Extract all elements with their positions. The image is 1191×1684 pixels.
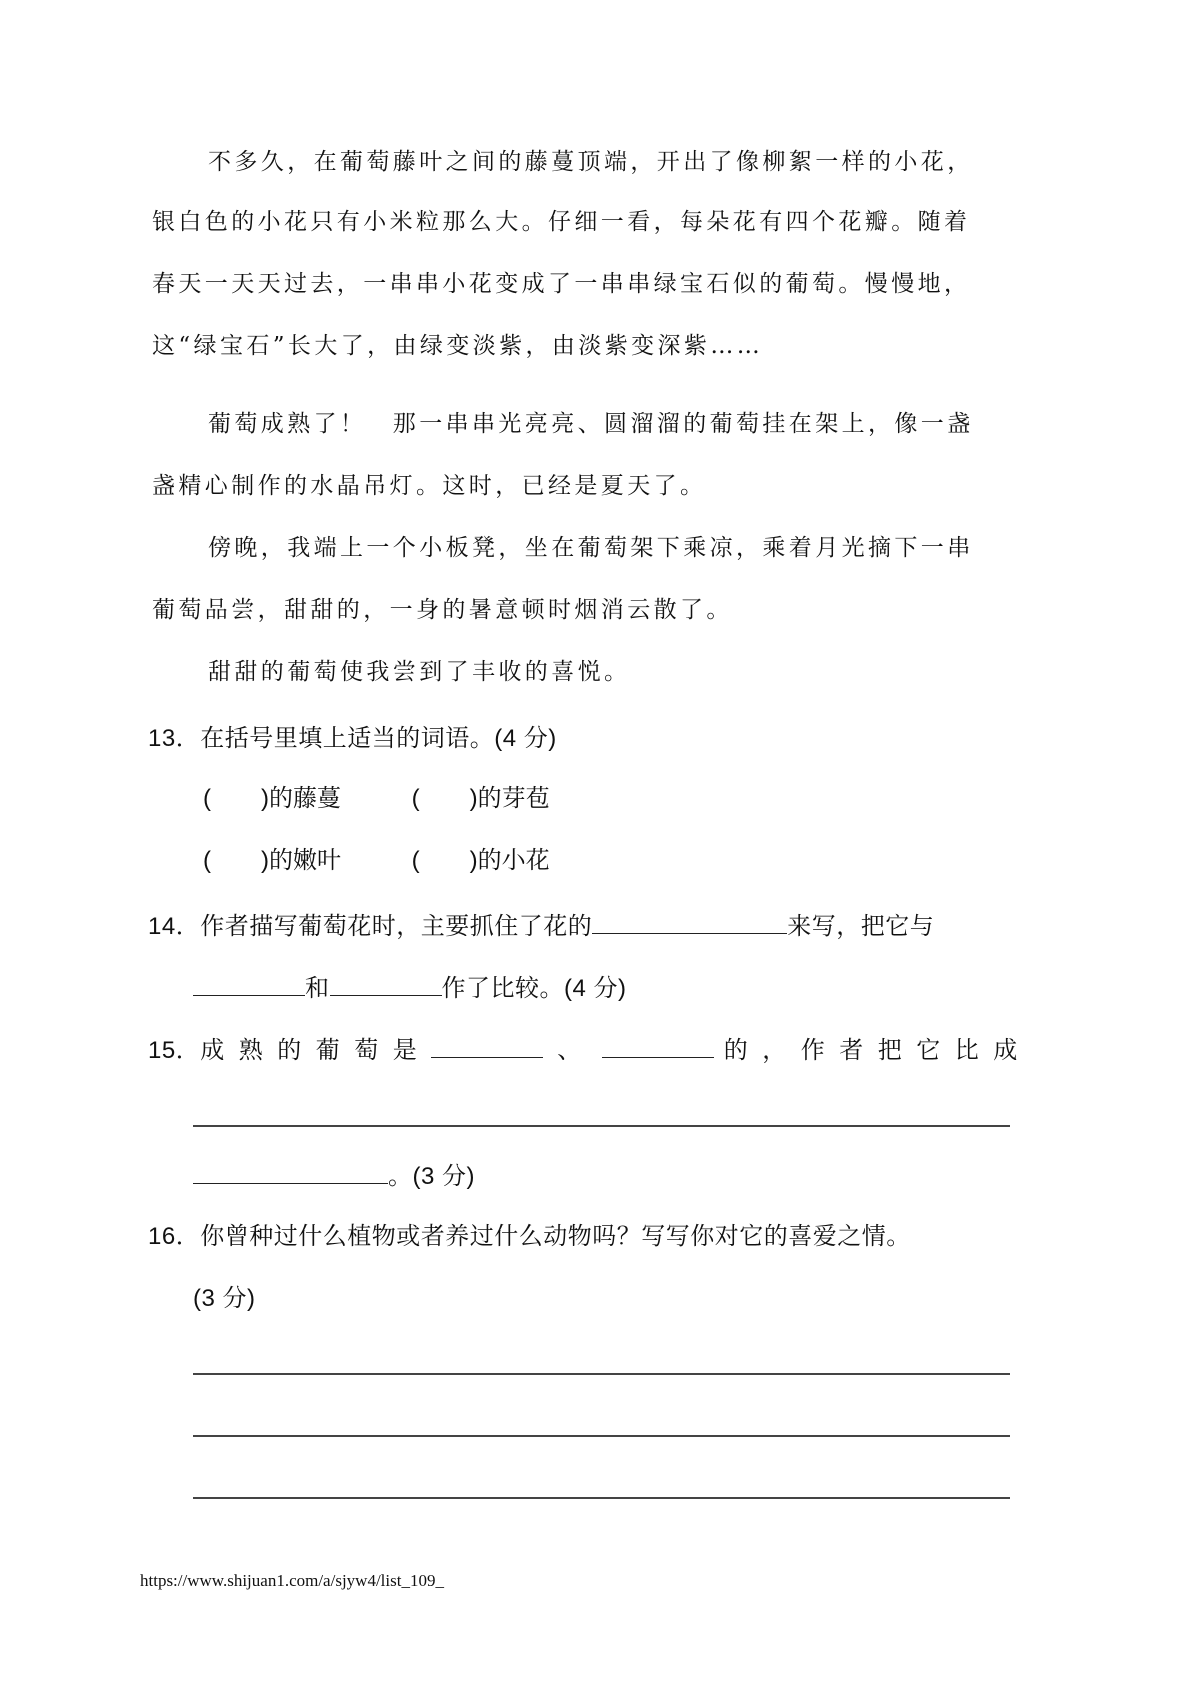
passage-p3-line1: 傍晚，我端上一个小板凳，坐在葡萄架下乘凉，乘着月光摘下一串: [208, 532, 1076, 564]
answer-blank-14-3[interactable]: [330, 971, 442, 996]
q13-word: 的小花: [478, 847, 550, 874]
question-16-text: 你曾种过什么植物或者养过什么动物吗？写写你对它的喜爱之情。: [200, 1223, 911, 1250]
question-16-score: (3 分): [193, 1283, 1061, 1315]
answer-blank-15-1[interactable]: [431, 1033, 543, 1058]
open-paren: (: [412, 847, 420, 874]
open-paren: (: [203, 785, 211, 812]
q13-item-4[interactable]: ()的小花: [412, 845, 614, 877]
question-14-line1: 14．作者描写葡萄花时，主要抓住了花的来写，把它与: [148, 909, 1016, 943]
passage-p1-line1: 不多久，在葡萄藤叶之间的藤蔓顶端，开出了像柳絮一样的小花，: [208, 146, 1076, 178]
answer-line-15-full[interactable]: [193, 1125, 1010, 1127]
question-15-line1: 15．成熟的葡萄是、的，作者把它比成: [148, 1033, 1016, 1067]
passage-p2-line1: 葡萄成熟了！ 那一串串光亮亮、圆溜溜的葡萄挂在架上，像一盏: [208, 408, 1076, 440]
question-14-text-b: 来写，把它与: [787, 913, 934, 940]
question-14-line2: 和作了比较。(4 分): [193, 971, 1061, 1005]
open-paren: (: [203, 847, 211, 874]
answer-blank-15-3[interactable]: [193, 1159, 388, 1184]
answer-blank-14-2[interactable]: [193, 971, 305, 996]
question-15-number: 15．: [148, 1037, 200, 1064]
question-13-text: 在括号里填上适当的词语。(4 分): [200, 725, 557, 752]
question-15-line3: 。(3 分): [193, 1159, 1061, 1193]
q13-word: 的藤蔓: [269, 785, 341, 812]
exam-page: 不多久，在葡萄藤叶之间的藤蔓顶端，开出了像柳絮一样的小花， 银白色的小花只有小米…: [0, 0, 1191, 1684]
q13-item-1[interactable]: ()的藤蔓: [203, 783, 405, 815]
answer-blank-14-1[interactable]: [592, 909, 787, 934]
passage-p1-line2: 银白色的小花只有小米粒那么大。仔细一看，每朵花有四个花瓣。随着: [152, 206, 1020, 238]
footer-url[interactable]: https://www.shijuan1.com/a/sjyw4/list_10…: [140, 1571, 444, 1591]
passage-p1-line4: 这“绿宝石”长大了，由绿变淡紫，由淡紫变深紫……: [152, 330, 1020, 362]
question-16-line1: 16．你曾种过什么植物或者养过什么动物吗？写写你对它的喜爱之情。: [148, 1221, 1016, 1253]
question-16-number: 16．: [148, 1223, 200, 1250]
question-14-number: 14．: [148, 913, 200, 940]
close-paren: ): [470, 847, 478, 874]
answer-blank-15-2[interactable]: [602, 1033, 714, 1058]
passage-p1-line3: 春天一天天过去，一串串小花变成了一串串绿宝石似的葡萄。慢慢地，: [152, 268, 1020, 300]
question-13: 13．在括号里填上适当的词语。(4 分): [148, 723, 1016, 755]
q13-word: 的芽苞: [478, 785, 550, 812]
question-15-text-c: 的，作者把它比成: [724, 1037, 1032, 1064]
question-14-text-a: 作者描写葡萄花时，主要抓住了花的: [200, 913, 592, 940]
question-13-row2: ()的嫩叶 ()的小花: [203, 845, 614, 877]
close-paren: ): [470, 785, 478, 812]
answer-line-16-1[interactable]: [193, 1373, 1010, 1375]
close-paren: ): [261, 847, 269, 874]
question-15-text-d: 。(3 分): [388, 1163, 475, 1190]
question-15-text-a: 成熟的葡萄是: [200, 1037, 431, 1064]
answer-line-16-2[interactable]: [193, 1435, 1010, 1437]
q13-item-3[interactable]: ()的嫩叶: [203, 845, 405, 877]
passage-p2-line2: 盏精心制作的水晶吊灯。这时，已经是夏天了。: [152, 470, 1020, 502]
passage-p3-line2: 葡萄品尝，甜甜的，一身的暑意顿时烟消云散了。: [152, 594, 1020, 626]
question-13-number: 13．: [148, 725, 200, 752]
q13-word: 的嫩叶: [269, 847, 341, 874]
question-13-row1: ()的藤蔓 ()的芽苞: [203, 783, 614, 815]
q13-item-2[interactable]: ()的芽苞: [412, 783, 614, 815]
question-14-text-c: 和: [305, 975, 330, 1002]
answer-line-16-3[interactable]: [193, 1497, 1010, 1499]
question-15-text-b: 、: [557, 1037, 596, 1064]
passage-p4-line1: 甜甜的葡萄使我尝到了丰收的喜悦。: [208, 656, 1076, 688]
close-paren: ): [261, 785, 269, 812]
open-paren: (: [412, 785, 420, 812]
question-14-text-d: 作了比较。(4 分): [442, 975, 627, 1002]
